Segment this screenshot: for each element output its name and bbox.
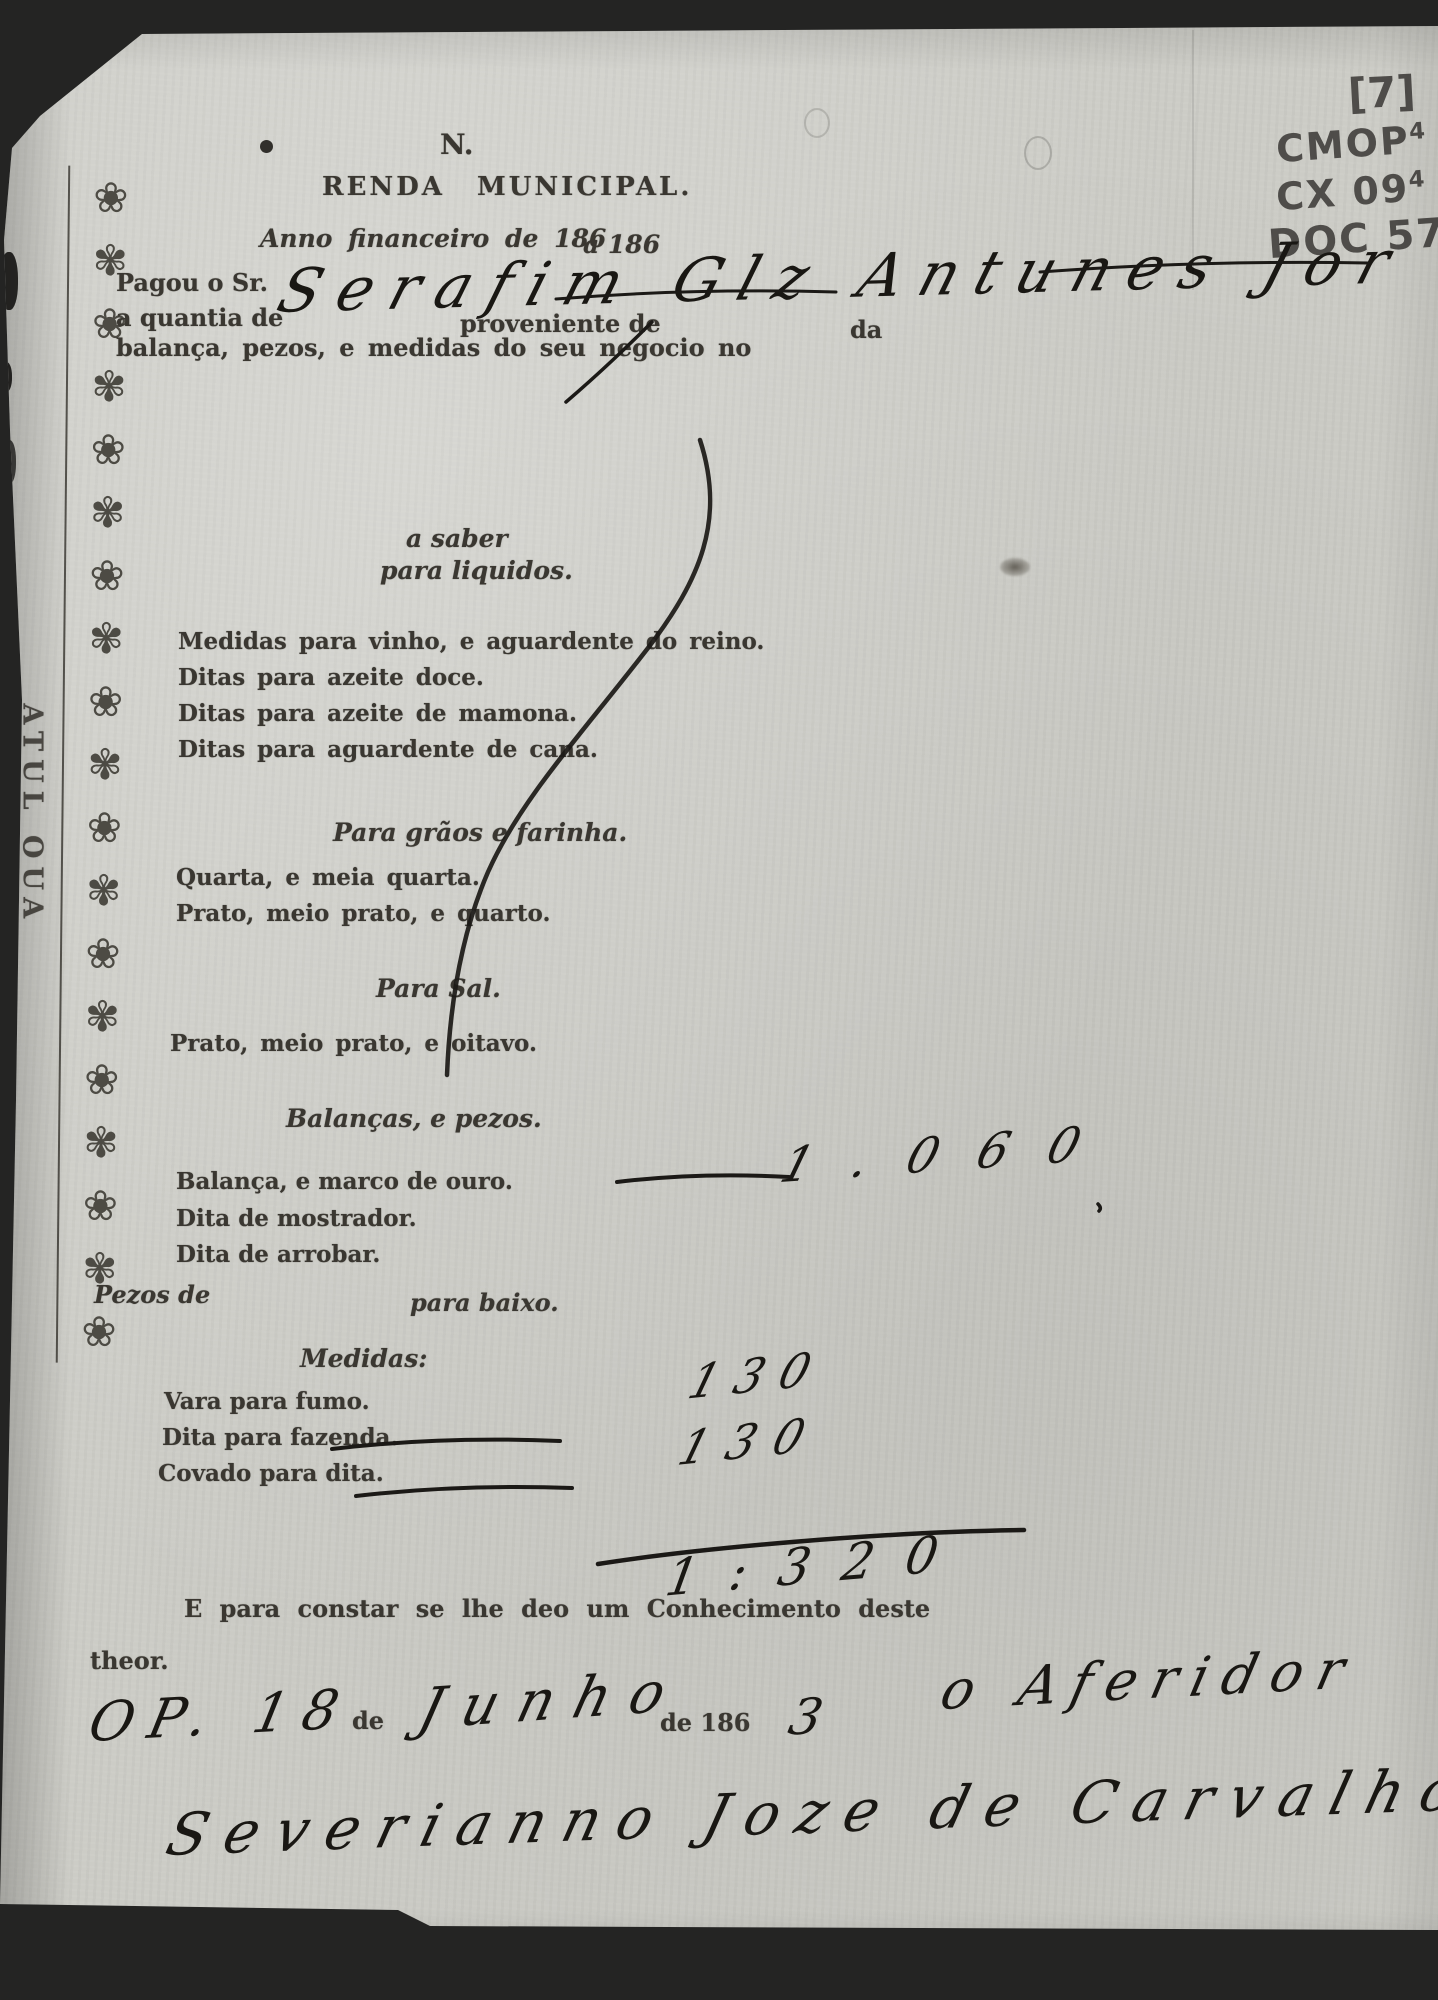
date-place-day-handwritten: OP. 18 (83, 1677, 359, 1755)
list-item: Dita de mostrador. (176, 1205, 417, 1232)
of-label: da (850, 315, 882, 344)
salt-heading: Para Sal. (376, 974, 501, 1003)
archival-code-cmop-sup: 4 (1408, 118, 1428, 145)
measures-heading: Medidas: (300, 1344, 428, 1373)
measure-amount-handwritten: 130 (672, 1406, 829, 1477)
scales-heading: Balanças, e pezos. (286, 1104, 542, 1133)
archival-code-cmop-text: CMOP (1275, 118, 1412, 171)
pencil-circle-mark (804, 108, 830, 138)
list-item: Prato, meio prato, e quarto. (176, 900, 550, 927)
list-item: Ditas para aguardente de cana. (178, 736, 598, 763)
liquids-heading: para liquidos. (380, 556, 573, 585)
edge-mark (0, 362, 12, 392)
list-item: Balança, e marco de ouro. (176, 1168, 513, 1195)
archival-code-cx-text: CX 09 (1275, 166, 1411, 219)
archival-code-cx-sup: 4 (1408, 166, 1428, 193)
issuer-role-handwritten: o Aferidor (935, 1637, 1365, 1723)
list-item: Vara para fumo. (164, 1388, 370, 1415)
paper-sheet: ❀ ✾ ❀ ✾ ❀ ✾ ❀ ✾ ❀ ✾ ❀ ✾ ❀ ✾ ❀ ✾ ❀ ✾ ❀ AT… (0, 0, 1438, 2000)
list-item: Quarta, e meia quarta. (176, 864, 480, 891)
list-item: Dita de arrobar. (176, 1241, 380, 1268)
weights-suffix: para baixo. (410, 1288, 559, 1317)
list-item: Ditas para azeite doce. (178, 664, 484, 691)
list-item: Medidas para vinho, e aguardente do rein… (178, 628, 764, 655)
paid-by-label: Pagou o Sr. (116, 268, 268, 297)
closing-statement: E para constar se lhe deo um Conheciment… (184, 1594, 930, 1623)
archival-bracket-note: [7] (1347, 66, 1417, 118)
closing-statement-cont: theor. (90, 1646, 169, 1675)
scales-amount-handwritten: 1.060 (774, 1114, 1127, 1195)
scanned-document: ❀ ✾ ❀ ✾ ❀ ✾ ❀ ✾ ❀ ✾ ❀ ✾ ❀ ✾ ❀ ✾ ❀ ✾ ❀ AT… (0, 0, 1438, 2000)
date-year-label: de 186 (660, 1708, 751, 1737)
amount-label: a quantia de (116, 303, 283, 332)
subject-line: balança, pezos, e medidas do seu negocio… (116, 333, 751, 362)
grains-heading: Para grãos e farinha. (333, 818, 627, 847)
ink-dot (260, 140, 273, 153)
date-year-digit-handwritten: 3 (784, 1688, 828, 1746)
ink-smudge (1000, 558, 1030, 576)
margin-vertical-text-fragment: ATUL OUA (17, 704, 48, 1124)
weights-prefix: Pezos de (94, 1280, 210, 1309)
signature-handwritten: Severianno Joze de Carvalho (160, 1755, 1438, 1869)
pencil-circle-mark (1024, 136, 1052, 170)
archival-code-cx: CX 094 (1275, 165, 1429, 219)
page-title: RENDA MUNICIPAL. (322, 172, 692, 202)
archival-code-cmop: CMOP4 (1275, 117, 1429, 171)
paper-crease (1192, 30, 1194, 290)
to-wit-heading: a saber (406, 524, 508, 553)
edge-mark (2, 440, 16, 484)
list-item: Covado para dita. (158, 1460, 384, 1487)
measure-amount-handwritten: 130 (682, 1340, 833, 1410)
list-item: Ditas para azeite de mamona. (178, 700, 577, 727)
edge-mark (0, 252, 18, 310)
date-month-handwritten: Junho (412, 1658, 692, 1743)
list-item: Prato, meio prato, e oitavo. (170, 1030, 537, 1057)
list-item: Dita para fazenda. (162, 1424, 398, 1451)
date-of-label: de (352, 1706, 384, 1735)
form-number-label: N. (440, 128, 474, 161)
